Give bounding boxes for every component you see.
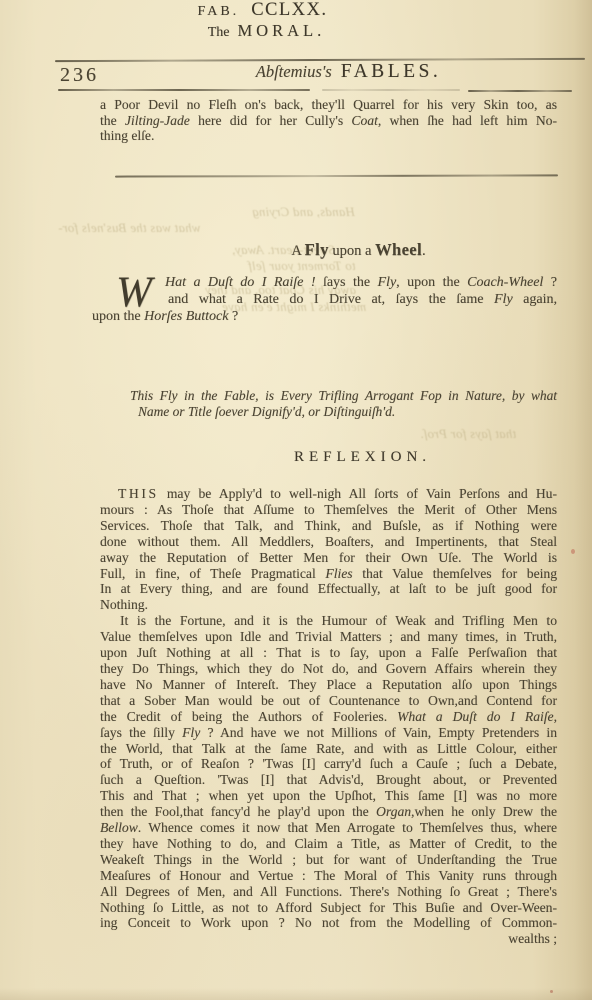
text-line: Nothing. bbox=[100, 597, 557, 613]
header-rule-bottom-middle bbox=[322, 89, 460, 91]
header-rule-bottom-right bbox=[468, 90, 572, 92]
text-line: Hat a Duſt do I Raiſe ! ſays the Fly, up… bbox=[92, 274, 557, 291]
running-title-author: Abſtemius's bbox=[256, 62, 332, 81]
reflexion-body: THIS may be Apply'd to well-nigh All ſor… bbox=[100, 486, 557, 947]
text-line: This and That ; when yet upon the Upſhot… bbox=[100, 788, 557, 804]
text-line: wealths ; bbox=[100, 931, 557, 947]
text-line: upon the Horſes Buttock ? bbox=[92, 308, 557, 325]
text-line: It is the Fortune, and it is the Humour … bbox=[100, 613, 557, 629]
moral-text: This Fly in the Fable, is Every Trifling… bbox=[130, 388, 557, 420]
section-divider-rule bbox=[115, 174, 558, 177]
bleed-through-text: that ſays for Proſ. bbox=[420, 427, 516, 442]
moral-heading: TheMORAL. bbox=[0, 21, 499, 41]
page-edge-shadow bbox=[0, 988, 592, 1000]
fable-text: W Hat a Duſt do I Raiſe ! ſays the Fly, … bbox=[92, 274, 557, 325]
text-line: All Degrees of Men, and All Functions. T… bbox=[100, 884, 557, 900]
text-line: the World, that Talk at the ſame Rate, a… bbox=[100, 741, 557, 757]
fable-number: CCLXX. bbox=[251, 0, 327, 20]
text-line: of Truth, or of Reaſon ? 'Twas [I] carry… bbox=[100, 756, 557, 772]
fable-label: FAB. bbox=[197, 4, 239, 19]
text-line: Name or Title ſoever Dignify'd, or Diſti… bbox=[130, 404, 557, 420]
text-line: In at Every thing, and are found Effectu… bbox=[100, 581, 557, 597]
text-line: This Fly in the Fable, is Every Trifling… bbox=[130, 388, 557, 404]
bleed-through-text: what was the Bus'nels for- bbox=[58, 221, 201, 236]
text-line: ing Conceit to Work upon ? No not from t… bbox=[100, 915, 557, 931]
text-line: Weakeſt Things in the World ; but for wa… bbox=[100, 852, 557, 868]
text-line: the Credit of being the Authors of Foole… bbox=[100, 709, 557, 725]
text-line: a Poor Devil no Fleſh on's back, they'll… bbox=[100, 97, 557, 113]
text-line: Bellow. Whence comes it now that Men Arr… bbox=[100, 820, 557, 836]
moral-heading-the: The bbox=[208, 25, 230, 40]
paper-speck bbox=[550, 990, 553, 993]
text-line: they Do Things, which they do Not do, an… bbox=[100, 661, 557, 677]
book-page-scan: Hands, and Cryingwhat was the Bus'nels f… bbox=[0, 0, 592, 1000]
fable-number-heading: FAB.CCLXX. bbox=[0, 0, 495, 21]
running-title-word: FABLES. bbox=[341, 61, 442, 82]
text-line: A Fly upon a Wheel. bbox=[126, 240, 591, 260]
text-line: away the Reputation of Better Men for th… bbox=[100, 550, 557, 566]
header-rule-bottom-left bbox=[58, 89, 310, 91]
reflexion-paragraph-2: It is the Fortune, and it is the Humour … bbox=[100, 613, 557, 931]
paper-speck bbox=[571, 549, 575, 554]
text-line: the Jilting-Jade here did for her Cully'… bbox=[100, 113, 557, 129]
text-line: Services. Thoſe that Talk, and Think, an… bbox=[100, 518, 557, 534]
reflexion-paragraph-1: THIS may be Apply'd to well-nigh All ſor… bbox=[100, 486, 557, 613]
text-line: upon Juſt Nothing at all : That is to ſa… bbox=[100, 645, 557, 661]
catchword: wealths ; bbox=[100, 931, 557, 947]
text-line: mours : As Thoſe that Aſſume to Themſelv… bbox=[100, 502, 557, 518]
moral-heading-word: MORAL. bbox=[238, 21, 326, 40]
text-line: Value themſelves upon Idle and Trivial M… bbox=[100, 629, 557, 645]
reflexion-heading: REFLEXION. bbox=[92, 449, 592, 466]
running-title: Abſtemius'sFABLES. bbox=[92, 61, 581, 83]
text-line: done without them. All Meddlers, Boaſter… bbox=[100, 534, 557, 550]
text-line: Meaſures of Honour and Vertue : The Mora… bbox=[100, 868, 557, 884]
fable-title: A Fly upon a Wheel. bbox=[92, 240, 591, 260]
bleed-through-text: Hands, and Crying bbox=[252, 205, 355, 220]
drop-cap: W bbox=[116, 276, 152, 310]
text-line: ſuch a Queſtion. 'Twas [I] that Advis'd,… bbox=[100, 772, 557, 788]
text-line: THIS may be Apply'd to well-nigh All ſor… bbox=[100, 486, 557, 502]
text-line: then the Fool,that fancy'd he play'd upo… bbox=[100, 804, 557, 820]
text-line: ſays the ſilly Fly ? And have we not Mil… bbox=[100, 725, 557, 741]
text-line: they have Nothing to do, and Claim a Tit… bbox=[100, 836, 557, 852]
carryover-paragraph: a Poor Devil no Fleſh on's back, they'll… bbox=[100, 97, 557, 144]
text-line: and what a Rate do I Drive at, ſays the … bbox=[92, 291, 557, 308]
text-line: Full, in fine, of Theſe Pragmatical Flie… bbox=[100, 566, 557, 582]
text-line: that a Sober Man would be out of Counten… bbox=[100, 693, 557, 709]
bleed-through-text: to Torment your ſelf bbox=[248, 259, 356, 274]
text-line: thing elſe. bbox=[100, 128, 557, 144]
text-line: Nothing ſo Little, as not to Afford Subj… bbox=[100, 900, 557, 916]
text-line: have No Manner of Intereſt. They Place a… bbox=[100, 677, 557, 693]
